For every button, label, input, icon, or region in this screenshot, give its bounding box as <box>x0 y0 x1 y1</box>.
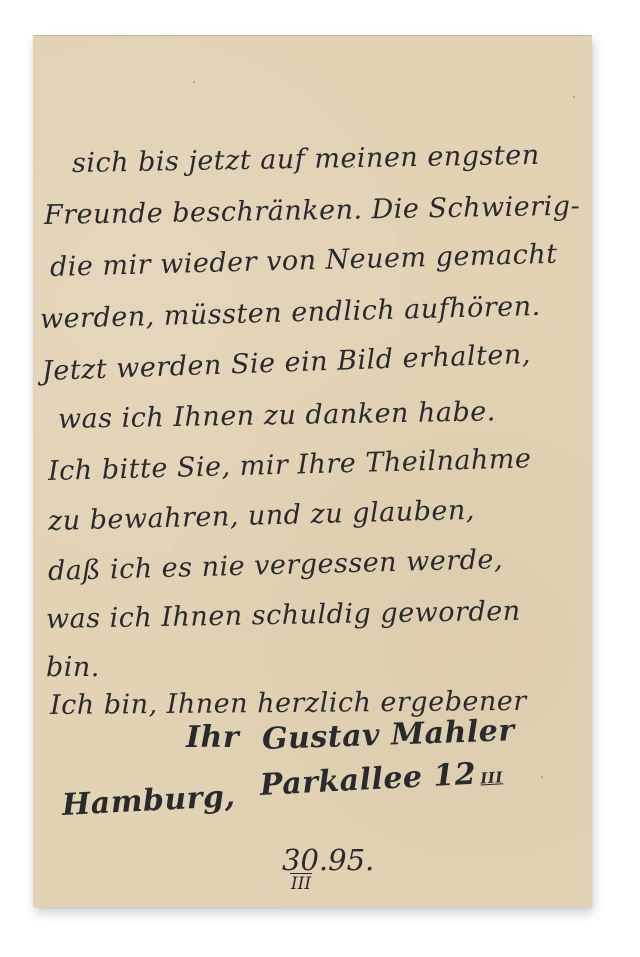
letter-line-11: bin. <box>46 652 100 683</box>
paper-speck <box>573 96 575 98</box>
floor-number: III <box>480 768 503 787</box>
paper-speck <box>541 776 543 778</box>
date-month-roman: III <box>290 873 312 894</box>
paper-speck <box>193 81 195 83</box>
closing-prefix: Ihr <box>186 720 239 755</box>
letter-date: 30.95. III <box>282 843 374 894</box>
date-day-year: 30.95. <box>282 843 374 877</box>
